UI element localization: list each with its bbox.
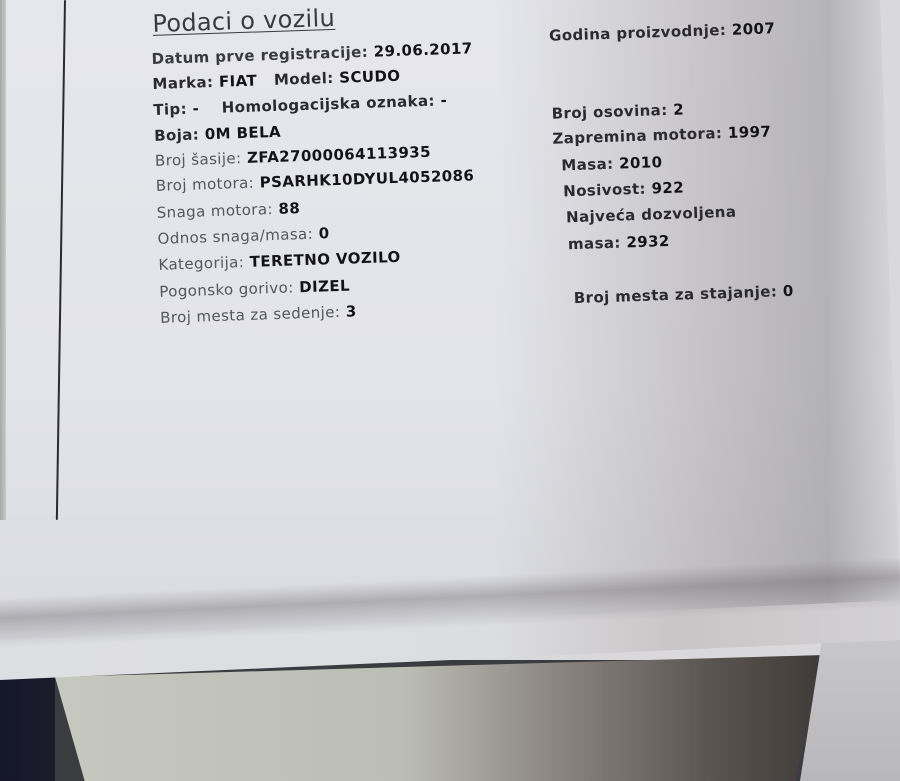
field-standing-places: Broj mesta za stajanje: 0 [573,282,793,307]
field-engine-number: Broj motora: PSARHK10DYUL4052086 [156,166,475,195]
field-chassis-number: Broj šasije: ZFA27000064113935 [155,143,431,170]
field-mass: Masa: 2010 [561,153,663,174]
field-make-model: Marka: FIAT Model: SCUDO [152,67,401,93]
field-max-allowed-mass-label: Najveća dozvoljena [566,203,737,227]
field-axle-count: Broj osovina: 2 [551,100,684,122]
field-color: Boja: 0M BELA [154,123,281,145]
field-fuel-type: Pogonsko gorivo: DIZEL [159,277,350,301]
field-category: Kategorija: TERETNO VOZILO [158,248,401,274]
margin-line [56,0,66,520]
field-seats: Broj mesta za sedenje: 3 [160,302,357,327]
field-type-homologation: Tip: - Homologacijska oznaka: - [153,91,447,119]
paper-left-edge [0,0,6,520]
document-title: Podaci o vozilu [152,4,335,38]
field-production-year: Godina proizvodnje: 2007 [549,19,776,44]
field-power-weight-ratio: Odnos snaga/masa: 0 [157,224,330,248]
field-engine-displacement: Zapremina motora: 1997 [552,122,771,147]
document-paper: Podaci o vozilu Datum prve registracije:… [0,0,900,640]
field-load-capacity: Nosivost: 922 [563,178,684,200]
background-board [55,655,825,781]
field-engine-power: Snaga motora: 88 [156,199,300,222]
field-first-registration-date: Datum prve registracije: 29.06.2017 [151,39,473,68]
field-max-allowed-mass: masa: 2932 [568,232,670,253]
vehicle-data-document: Podaci o vozilu Datum prve registracije:… [150,0,861,350]
